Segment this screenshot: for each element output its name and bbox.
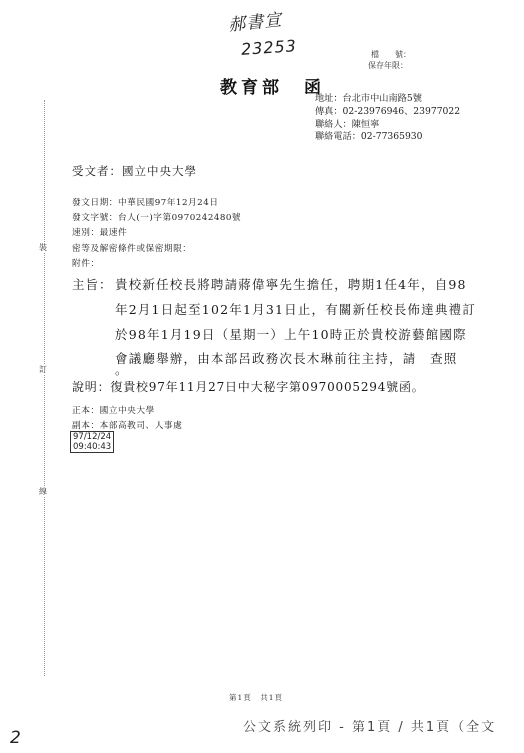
binding-mark: 裝: [39, 242, 47, 253]
subject-line: 貴校新任校長將聘請蔣偉寧先生擔任，聘期1任4年，自98: [115, 275, 467, 293]
issue-date: 發文日期：中華民國97年12月24日: [72, 196, 218, 208]
subject-line: 於98年1月19日（星期一）上午10時正於貴校游藝館國際: [115, 325, 467, 343]
subject-label: 主旨：: [72, 275, 113, 293]
confidentiality: 密等及解密條件或保密期限：: [72, 242, 191, 254]
archive-number-label: 檔 號：: [371, 49, 411, 60]
subject-line: 。: [115, 360, 129, 378]
original-recipient: 正本：國立中央大學: [72, 404, 155, 416]
document-title: 教育部 函: [220, 73, 325, 98]
stamp-date: 97/12/24: [73, 432, 111, 442]
page-number: 第1頁 共1頁: [229, 692, 283, 703]
subject-line: 年2月1日起至102年1月31日止，有關新任校長佈達典禮訂: [115, 300, 476, 318]
retention-period-label: 保存年限：: [368, 60, 408, 71]
document-number: 發文字號：台人(一)字第0970242480號: [72, 211, 241, 223]
contact-phone: 聯絡電話：02-77365930: [315, 128, 423, 142]
explanation: 說明：復貴校97年11月27日中大秘字第0970005294號函。: [72, 378, 425, 395]
attachments: 附件：: [72, 257, 100, 269]
handwritten-corner-mark: 2: [10, 728, 21, 748]
binding-mark: 訂: [39, 364, 47, 375]
urgency: 速別：最速件: [72, 226, 127, 238]
handwritten-receipt-number: 23253: [240, 36, 297, 59]
contact-fax: 傳真：02-23976946、23977022: [315, 103, 460, 117]
receipt-timestamp-stamp: 97/12/24 09:40:43: [70, 431, 114, 453]
stamp-time: 09:40:43: [73, 442, 111, 452]
print-footer: 公文系統列印 - 第1頁 / 共1頁（全文: [243, 716, 496, 735]
recipient: 受文者：國立中央大學: [72, 163, 197, 179]
handwritten-signature: 郝書宣: [227, 5, 283, 36]
copy-recipients: 副本：本部高教司、人事處: [72, 419, 182, 431]
binding-dotted-line: [44, 100, 45, 676]
subject-line: 會議廳舉辦，由本部呂政務次長木琳前往主持，請 查照: [115, 349, 458, 367]
contact-address: 地址：台北市中山南路5號: [315, 90, 422, 104]
binding-mark: 線: [39, 486, 47, 497]
